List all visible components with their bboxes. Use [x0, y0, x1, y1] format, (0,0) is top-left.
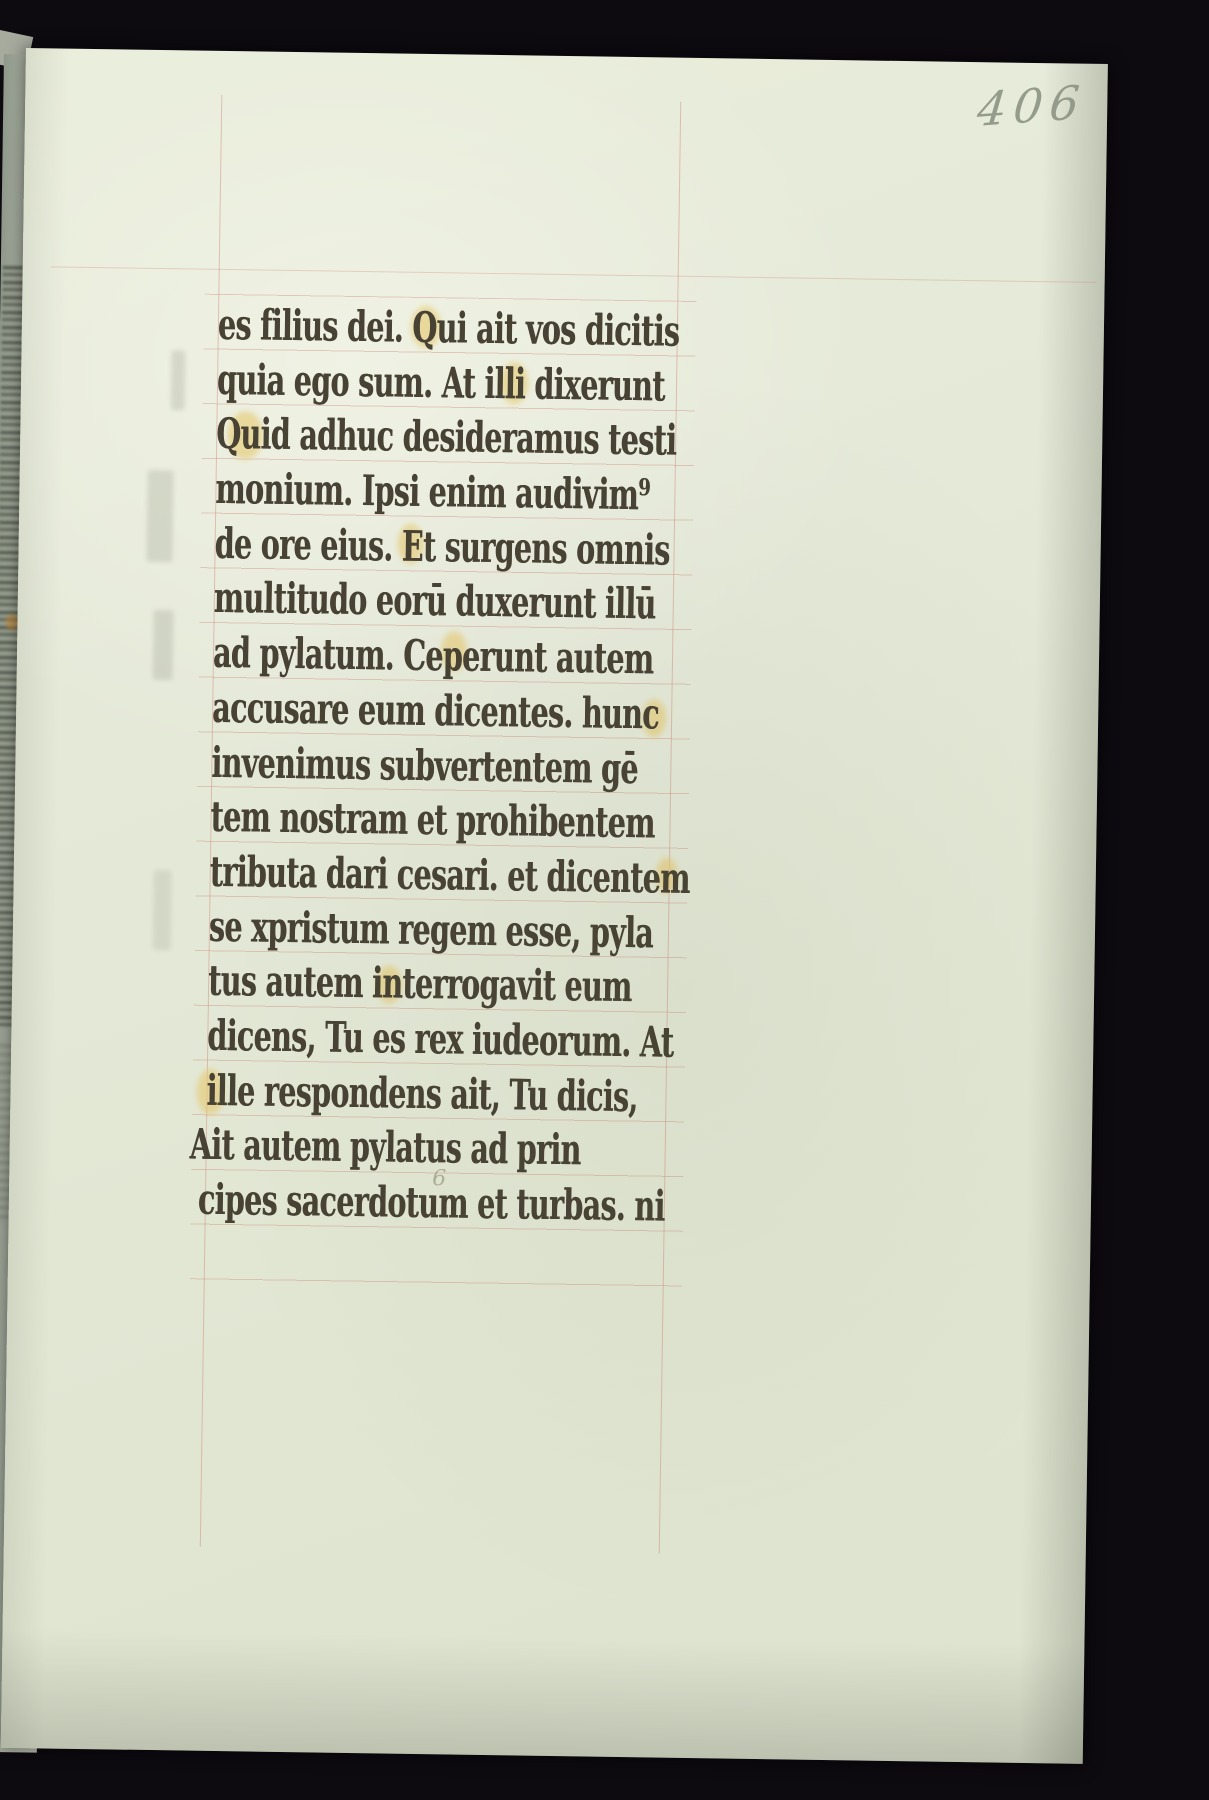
manuscript-line: cipes sacerdotum et turbas. ni: [198, 1173, 530, 1233]
manuscript-line: es filius dei. Qui ait vos dicitis: [218, 298, 545, 358]
manuscript-page: es filius dei. Qui ait vos dicitis quia …: [1, 48, 1108, 1764]
manuscript-line: ille respondens ait, Tu dicis,: [206, 1063, 533, 1123]
manuscript-line: tem nostram et prohibentem: [210, 790, 537, 850]
manuscript-line: Quid adhuc desideramus testi: [216, 407, 543, 467]
ink-bleedthrough-ghost: [153, 870, 172, 950]
ink-bleedthrough-ghost: [153, 610, 174, 680]
stray-mark: 6: [432, 1166, 446, 1191]
manuscript-line: se xpristum regem esse, pyla: [209, 899, 536, 959]
text-block: es filius dei. Qui ait vos dicitis quia …: [205, 298, 699, 1235]
ruling-horizontal-top: [51, 266, 1097, 283]
folio-number: 406: [975, 72, 1130, 137]
manuscript-line: accusare eum dicentes. hunc: [212, 681, 539, 741]
manuscript-line: invenimus subvertentem gē: [211, 735, 538, 795]
manuscript-photograph: es filius dei. Qui ait vos dicitis quia …: [0, 0, 1209, 1800]
manuscript-line: Ait autem pylatus ad prin: [189, 1118, 527, 1178]
manuscript-line: monium. Ipsi enim audivim⁹: [215, 462, 542, 522]
manuscript-line: de ore eius. Et surgens omnis: [214, 517, 541, 577]
manuscript-line: tributa dari cesari. et dicentem: [209, 845, 536, 905]
manuscript-line: ad pylatum. Ceperunt autem: [213, 626, 540, 686]
ink-bleedthrough-ghost: [146, 470, 173, 562]
ink-bleedthrough-ghost: [171, 350, 186, 410]
manuscript-line: dicens, Tu es rex iudeorum. At: [207, 1009, 534, 1069]
manuscript-line: quia ego sum. At illi dixerunt: [217, 353, 544, 413]
manuscript-line: multitudo eorū duxerunt illū: [213, 571, 540, 631]
manuscript-line: tus autem interrogavit eum: [208, 954, 535, 1014]
